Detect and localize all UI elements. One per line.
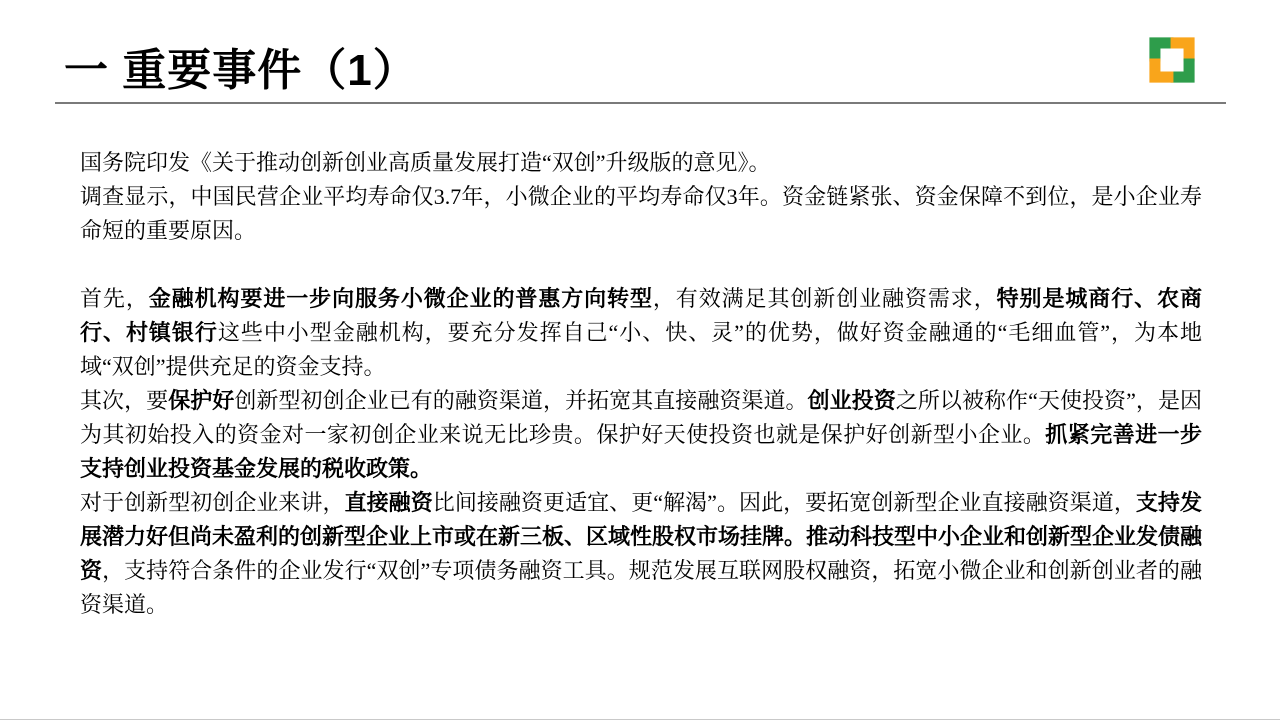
page-title: 一 重要事件（1） <box>64 34 418 98</box>
text-run: 这些中小型金融机构，要充分发挥自己“小、快、灵”的优势，做好资金融通的“毛细血管… <box>80 320 1202 379</box>
text-run-bold: 金融机构要进一步向服务小微企业的普惠方向转型 <box>149 286 653 311</box>
paragraph-first-point: 首先，金融机构要进一步向服务小微企业的普惠方向转型，有效满足其创新创业融资需求，… <box>80 282 1202 384</box>
text-run: ，有效满足其创新创业融资需求， <box>653 286 997 311</box>
text-run: 对于创新型初创企业来讲， <box>80 490 345 515</box>
text-run: 首先， <box>80 286 149 311</box>
logo-arm-left <box>1138 53 1179 94</box>
paragraph-second-point: 其次，要保护好创新型初创企业已有的融资渠道，并拓宽其直接融资渠道。创业投资之所以… <box>80 384 1202 486</box>
pinwheel-logo-icon <box>1138 26 1206 94</box>
text-run: 其次，要 <box>80 388 168 413</box>
paragraph-intro: 国务院印发《关于推动创新创业高质量发展打造“双创”升级版的意见》。 调查显示，中… <box>80 146 1202 248</box>
paragraph-third-point: 对于创新型初创企业来讲，直接融资比间接融资更适宜、更“解渴”。因此，要拓宽创新型… <box>80 486 1202 622</box>
text-run-bold: 直接融资 <box>345 490 433 515</box>
text-run-bold: 创业投资 <box>808 388 896 413</box>
text-run-bold: 保护好 <box>168 388 234 413</box>
text-run: 创新型初创企业已有的融资渠道，并拓宽其直接融资渠道。 <box>234 388 807 413</box>
text-run: ，支持符合条件的企业发行“双创”专项债务融资工具。规范发展互联网股权融资，拓宽小… <box>80 558 1202 617</box>
presentation-slide: 一 重要事件（1） 国务院印发《关于推动创新创业高质量发展打造“双创”升级版的意… <box>0 0 1280 720</box>
text-run: 比间接融资更适宜、更“解渴”。因此，要拓宽创新型企业直接融资渠道， <box>433 490 1136 515</box>
slide-body: 国务院印发《关于推动创新创业高质量发展打造“双创”升级版的意见》。 调查显示，中… <box>80 146 1202 622</box>
paragraph-line: 调查显示，中国民营企业平均寿命仅3.7年，小微企业的平均寿命仅3年。资金链紧张、… <box>80 180 1202 248</box>
title-divider <box>55 102 1226 104</box>
paragraph-line: 国务院印发《关于推动创新创业高质量发展打造“双创”升级版的意见》。 <box>80 146 1202 180</box>
